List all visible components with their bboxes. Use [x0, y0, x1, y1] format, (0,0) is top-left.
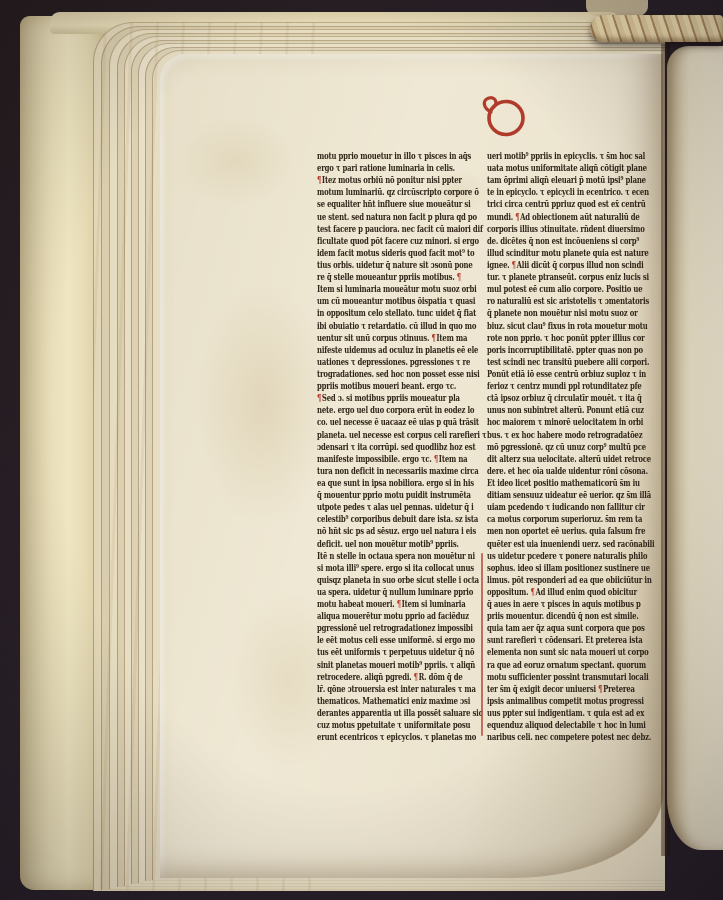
- text-line: motu habeat moueri. ¶Item si luminaria: [317, 599, 441, 611]
- text-line: mō pgressionē. qz cū unuz corp⁹ multū pc…: [487, 442, 617, 454]
- text-line: ergo τ pari ratione luminaria in celis.: [317, 163, 441, 175]
- text-line: lr̄. qōne ɔtrouersia est inter naturales…: [317, 684, 441, 696]
- text-line: um cū moueantur motibus ōispatia τ quasi: [317, 296, 441, 308]
- text-line: quisqz planeta in suo orbe sicut stelle …: [317, 575, 441, 587]
- text-line: ter s̄m q̄ exigit decor uniuersi ¶Preter…: [487, 684, 617, 696]
- text-line: Itē n stelle in octaua spera non mouētur…: [317, 551, 441, 563]
- text-line: ficultate quod pōt facere cuz minori. si…: [317, 236, 441, 248]
- text-line: re q̄ stelle moueantur ppriis motibus. ¶: [317, 272, 441, 284]
- text-line: tura non deficit in necessariis maxime c…: [317, 466, 441, 478]
- text-line: tam ōprimi aliqn̄ eleuari p̄ motū ipsi⁹ …: [487, 175, 617, 187]
- text-line: utpote pedes τ alas uel pennas. uidetur …: [317, 502, 441, 514]
- text-line: nete. ergo uel duo corpora erūt in eodez…: [317, 405, 441, 417]
- text-line: manifeste impossibile. ergo τc. ¶Item na: [317, 454, 441, 466]
- text-line: ro naturaliū est sic aristotelis τ ɔment…: [487, 296, 617, 308]
- text-line: erunt ecentricos τ epicyclos. τ planetas…: [317, 732, 441, 744]
- text-column-right: ueri motib⁹ ppriis in epicyclis. τ s̄m h…: [487, 151, 663, 744]
- text-line: ibi obuiatio τ retardatio. cū illud in q…: [317, 321, 441, 333]
- text-line: le eēt motus celi esse uniformē. si ergo…: [317, 635, 441, 647]
- text-line: uationes τ depressiones. pgressiones τ r…: [317, 357, 441, 369]
- text-line: naribus celi. nec competere potest nec d…: [487, 732, 617, 744]
- book-photo: motu pprio mouetur in illo τ pisces in a…: [0, 0, 723, 900]
- text-line: deficit. uel non mouētur motib⁹ ppriis.: [317, 539, 441, 551]
- text-line: ditiam sensuuz uideatur eē uerior. qz s̄…: [487, 490, 617, 502]
- text-line: sunt rarefieri τ cōdensari. Et preterea …: [487, 635, 617, 647]
- text-line: ca motus corporum superioruz. s̄m rem ta: [487, 514, 617, 526]
- text-line: Item si luminaria moueātur motu suoz orb…: [317, 284, 441, 296]
- text-line: ipsis animalibus competit motus progress…: [487, 696, 617, 708]
- text-line: cuz motus ppetuitate τ uniformitate posu: [317, 720, 441, 732]
- text-line: uentur sit unū corpus ɔtinuus. ¶Item ma: [317, 333, 441, 345]
- text-line: poris incorruptibilitatē. ppter quas non…: [487, 345, 617, 357]
- text-line: nō hn̄t sic ps ad sēsuz. ergo uel natura…: [317, 526, 441, 538]
- text-line: planeta. uel necesse est corpus celi rar…: [317, 430, 441, 442]
- text-column-left: motu pprio mouetur in illo τ pisces in a…: [317, 151, 485, 744]
- text-line: corporis illius ɔtinuitate. rn̄dent diue…: [487, 224, 617, 236]
- text-line: biuz. sicut clau⁹ fixus in rota mouetur …: [487, 321, 617, 333]
- text-line: q̄ planete non mouētur nisi motu suoz or: [487, 308, 617, 320]
- text-line: elementa non sunt sic nata moueri ut cor…: [487, 647, 617, 659]
- text-line: uiam pcedendo τ iudicando non fallitur c…: [487, 502, 617, 514]
- text-line: ferioz τ centrz mundi ppl rotunditatez p…: [487, 381, 617, 393]
- text-line: hoc maiorem τ minorē uelocitatem in orbi: [487, 417, 617, 429]
- text-line: thematicos. Mathematici eniz maxime ɔsi: [317, 696, 441, 708]
- initial-D-icon: [477, 92, 529, 142]
- text-line: ea que sunt in ipsa nobiliora. ergo si i…: [317, 478, 441, 490]
- text-line: idem facit motus sideris quod facit mot⁹…: [317, 248, 441, 260]
- text-line: ua spera. uidetur q̄ nullum luminare ppr…: [317, 587, 441, 599]
- text-line: sophus. ideo si illam positionez sustine…: [487, 563, 617, 575]
- text-line: se equaliter hn̄t influere siue moueātur…: [317, 199, 441, 211]
- text-line: tus eēt uniformis τ perpetuus uidetur q̄…: [317, 647, 441, 659]
- text-line: priis mouentur. dicendū q̄ non est simil…: [487, 611, 617, 623]
- text-line: quia tam aer q̄z aqua sunt corpora que p…: [487, 623, 617, 635]
- text-line: q̄ mouentur pprio motu puidit instrumēta: [317, 490, 441, 502]
- text-line: ignee. ¶Alii dicūt q̄ corpus illud non s…: [487, 260, 617, 272]
- text-line: limus. pōt responderi ad ea que obiiciūt…: [487, 575, 617, 587]
- text-line: motu sufficienter possint transmutari lo…: [487, 672, 617, 684]
- text-line: dit alterz sua uelocitate. alterū uidet …: [487, 454, 617, 466]
- text-line: trici circa centrū ppriuz quod est ex̄ c…: [487, 199, 617, 211]
- text-line: ɔdensari τ ita corrūpi. sed quodlibz hoz…: [317, 442, 441, 454]
- text-line: oppositum. ¶Ad illud enim quod obicitur: [487, 587, 617, 599]
- text-line: quēter est uia inueniendi uerz. sed racō…: [487, 539, 617, 551]
- text-line: illud scinditur motu planete quia est na…: [487, 248, 617, 260]
- text-line: uata motus uniformitate aliqn̄ cōtigit p…: [487, 163, 617, 175]
- text-line: derantes apparentia ut illa possēt salua…: [317, 708, 441, 720]
- text-line: mul potest eē cum alio corpore. Positio …: [487, 284, 617, 296]
- text-line: equenduz aliquod delectabile τ hoc in lu…: [487, 720, 617, 732]
- facing-page-edge: [667, 46, 723, 850]
- text-line: q̄ aues in aere τ pisces in aquis motibu…: [487, 599, 617, 611]
- text-line: ¶Itez motus orbiū nō ponitur nisi ppter: [317, 175, 441, 187]
- text-line: ueri motib⁹ ppriis in epicyclis. τ s̄m h…: [487, 151, 617, 163]
- text-line: in oppositum celo stellato. tunc uidet q…: [317, 308, 441, 320]
- paragraph-mark: ¶: [457, 272, 462, 283]
- decorative-initial-D: [477, 92, 529, 142]
- text-line: motum luminariū. qz circūscripto corpore…: [317, 187, 441, 199]
- text-line: motu pprio mouetur in illo τ pisces in a…: [317, 151, 441, 163]
- text-line: rote non pprio. τ hoc ponūt ppter illius…: [487, 333, 617, 345]
- text-line: te in epicyclo. τ epicycli in ecentrico.…: [487, 187, 617, 199]
- text-line: retrocedere. aliqn̄ pgredi. ¶R. dōm q̄ d…: [317, 672, 441, 684]
- text-line: test scindi nec transitū puebere alii co…: [487, 357, 617, 369]
- endband-icon: [590, 15, 723, 42]
- text-line: bus. τ ex hoc habere modo retrogradatōez: [487, 430, 617, 442]
- text-line: ¶Sed ɔ. si motibus ppriis moueatur pla: [317, 393, 441, 405]
- text-line: ra que ad eoruz ornatum spectant. quorum: [487, 660, 617, 672]
- text-line: unus non subintret alterū. Ponunt etiā c…: [487, 405, 617, 417]
- text-line: tur. τ planete ptranseūt. corpus eniz lu…: [487, 272, 617, 284]
- text-line: ppriis motibus moueri beant. ergo τc.: [317, 381, 441, 393]
- spine-parchment-tip: [586, 0, 648, 16]
- text-line: de. dicētes q̄ non est incōueniens si co…: [487, 236, 617, 248]
- text-line: ue stent. sed natura non facit p plura q…: [317, 212, 441, 224]
- text-line: Et ideo licet positio mathematicorū s̄m …: [487, 478, 617, 490]
- text-line: tius orbis. uidetur q̄ nature sit ɔsonū …: [317, 260, 441, 272]
- text-line: co. uel necesse ē uacaaz eē uias p quā t…: [317, 417, 441, 429]
- text-line: mundi. ¶Ad obiectionem aūt naturaliū de: [487, 212, 617, 224]
- text-line: aliqua mouerētur motu pprio ad faciēduz: [317, 611, 441, 623]
- text-line: men non oportet eē uerius. quia falsum f…: [487, 526, 617, 538]
- text-line: Ponūt etiā iō esse centrū orbiuz suploz …: [487, 369, 617, 381]
- text-line: pgressionē uel retrogradationez impossib…: [317, 623, 441, 635]
- text-line: ctā ipsoz orbiuz q̄ circulatīr mouēt. τ …: [487, 393, 617, 405]
- text-line: uus ppter sui indigentiam. τ quia est ad…: [487, 708, 617, 720]
- text-line: test facere p pauciora. nec facit cū mai…: [317, 224, 441, 236]
- text-line: si mota illi⁹ spere. ergo si ita colloca…: [317, 563, 441, 575]
- red-margin-line: [481, 553, 483, 736]
- text-line: trogradationes. sed hoc non posset esse …: [317, 369, 441, 381]
- text-line: us uidetur pcedere τ ponere naturalis ph…: [487, 551, 617, 563]
- text-line: dere. et hec oīa ualde uidentur rōni cōs…: [487, 466, 617, 478]
- text-line: nifeste uidemus ad oculuz in planetis eē…: [317, 345, 441, 357]
- text-line: sinit planetas moueri motib⁹ ppriis. τ a…: [317, 660, 441, 672]
- text-line: celestib⁹ corporibus debuit dare ista. s…: [317, 514, 441, 526]
